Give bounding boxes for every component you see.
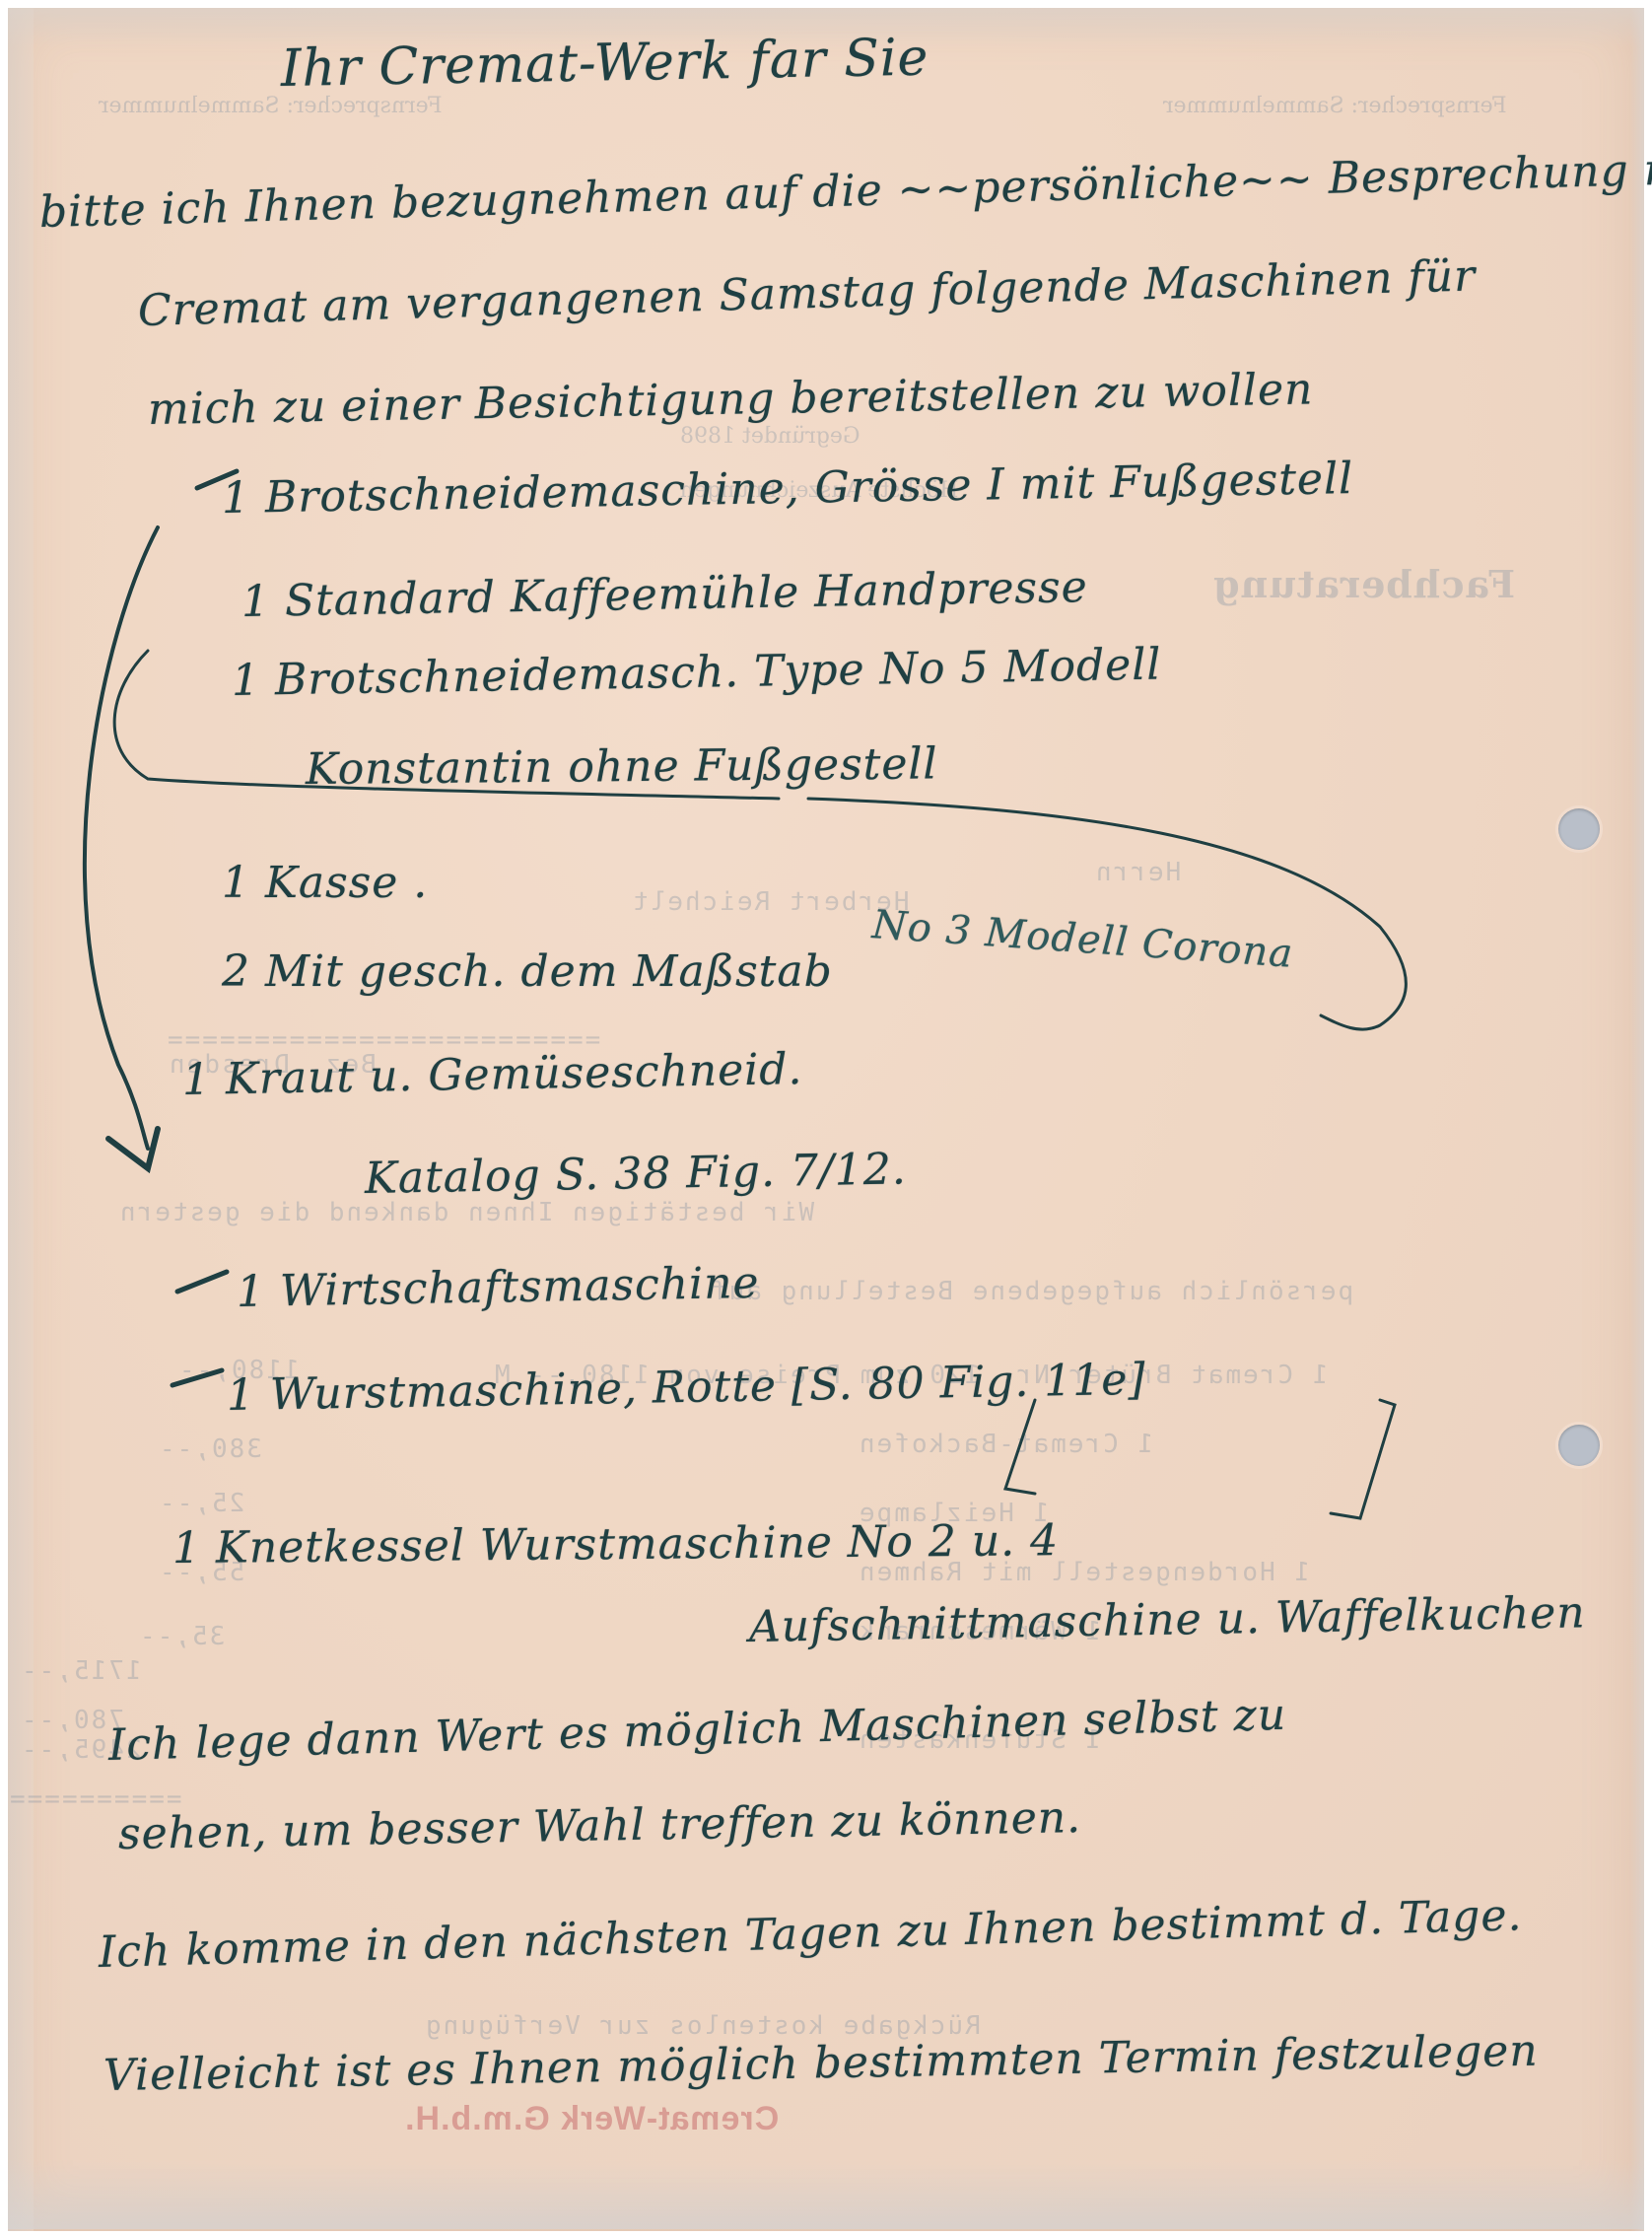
order-item-4: 1 Kasse .	[222, 858, 428, 908]
order-item-7: 1 Wirtschaftsmaschine	[237, 1258, 760, 1317]
letter-salutation: Ihr Cremat-Werk far Sie	[280, 29, 929, 99]
order-item-9: 1 Knetkessel Wurstmaschine No 2 u. 4	[172, 1515, 1060, 1573]
order-item-3-cont: Konstantin ohne Fußgestell	[306, 738, 938, 795]
order-item-5: 2 Mit gesch. dem Maßstab	[222, 946, 833, 997]
order-item-6-catalog: Katalog S. 38 Fig. 7/12.	[365, 1144, 908, 1204]
